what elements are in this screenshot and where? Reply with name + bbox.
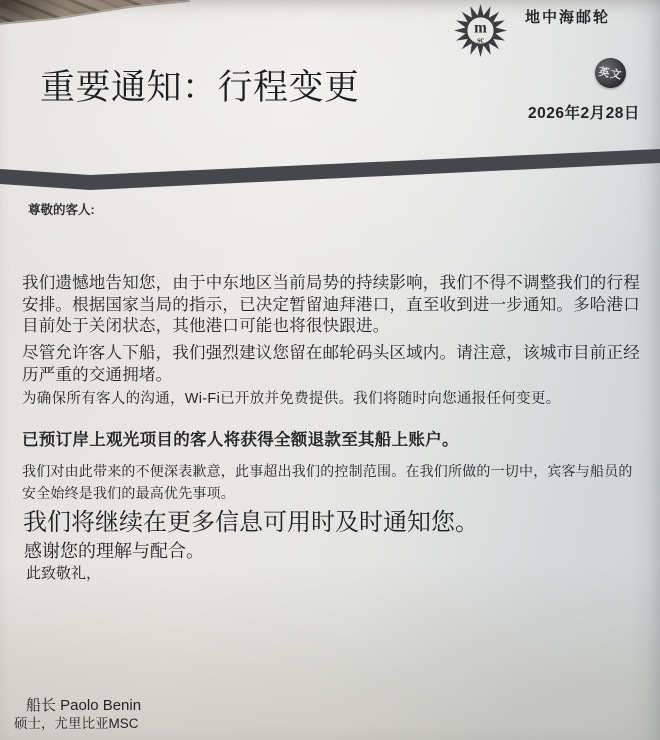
signature-ship-title: 硕士，尤里比亚MSC bbox=[14, 712, 139, 732]
logo-letter-sc: sc bbox=[477, 36, 484, 45]
logo-letter-m: m bbox=[474, 20, 487, 37]
regards-line: 此致敬礼， bbox=[26, 562, 101, 583]
notice-title: 重要通知：行程变更 bbox=[40, 60, 360, 110]
brand-name: 地中海邮轮 bbox=[525, 6, 610, 27]
notice-date: 2026年2月28日 bbox=[528, 101, 640, 123]
salutation: 尊敬的客人: bbox=[28, 200, 95, 218]
divider-bar bbox=[0, 149, 660, 190]
paragraph-stay-near-terminal: 尽管允许客人下船，我们强烈建议您留在邮轮码头区域内。请注意，该城市目前正经历严重… bbox=[22, 343, 644, 386]
photo-of-cruise-notice: m sc 地中海邮轮 英文 2026年2月28日 重要通知：行程变更 尊敬的客人… bbox=[0, 0, 660, 740]
paragraph-refund-notice: 已预订岸上观光项目的客人将获得全额退款至其船上账户。 bbox=[22, 430, 644, 452]
msc-cruises-logo: m sc bbox=[452, 2, 509, 59]
paragraph-apology: 我们对由此带来的不便深表歉意，此事超出我们的控制范围。在我们所做的一切中，宾客与… bbox=[22, 461, 642, 504]
closing-strong-line: 我们将继续在更多信息可用时及时通知您。 bbox=[23, 502, 479, 537]
paragraph-itinerary-change: 我们遗憾地告知您，由于中东地区当前局势的持续影响，我们不得不调整我们的行程安排。… bbox=[22, 273, 644, 338]
paper-edge-line bbox=[0, 1, 190, 24]
paragraph-free-wifi: 为确保所有客人的沟通，Wi-Fi已开放并免费提供。我们将随时向您通报任何变更。 bbox=[22, 389, 652, 411]
thanks-line: 感谢您的理解与配合。 bbox=[24, 537, 204, 563]
